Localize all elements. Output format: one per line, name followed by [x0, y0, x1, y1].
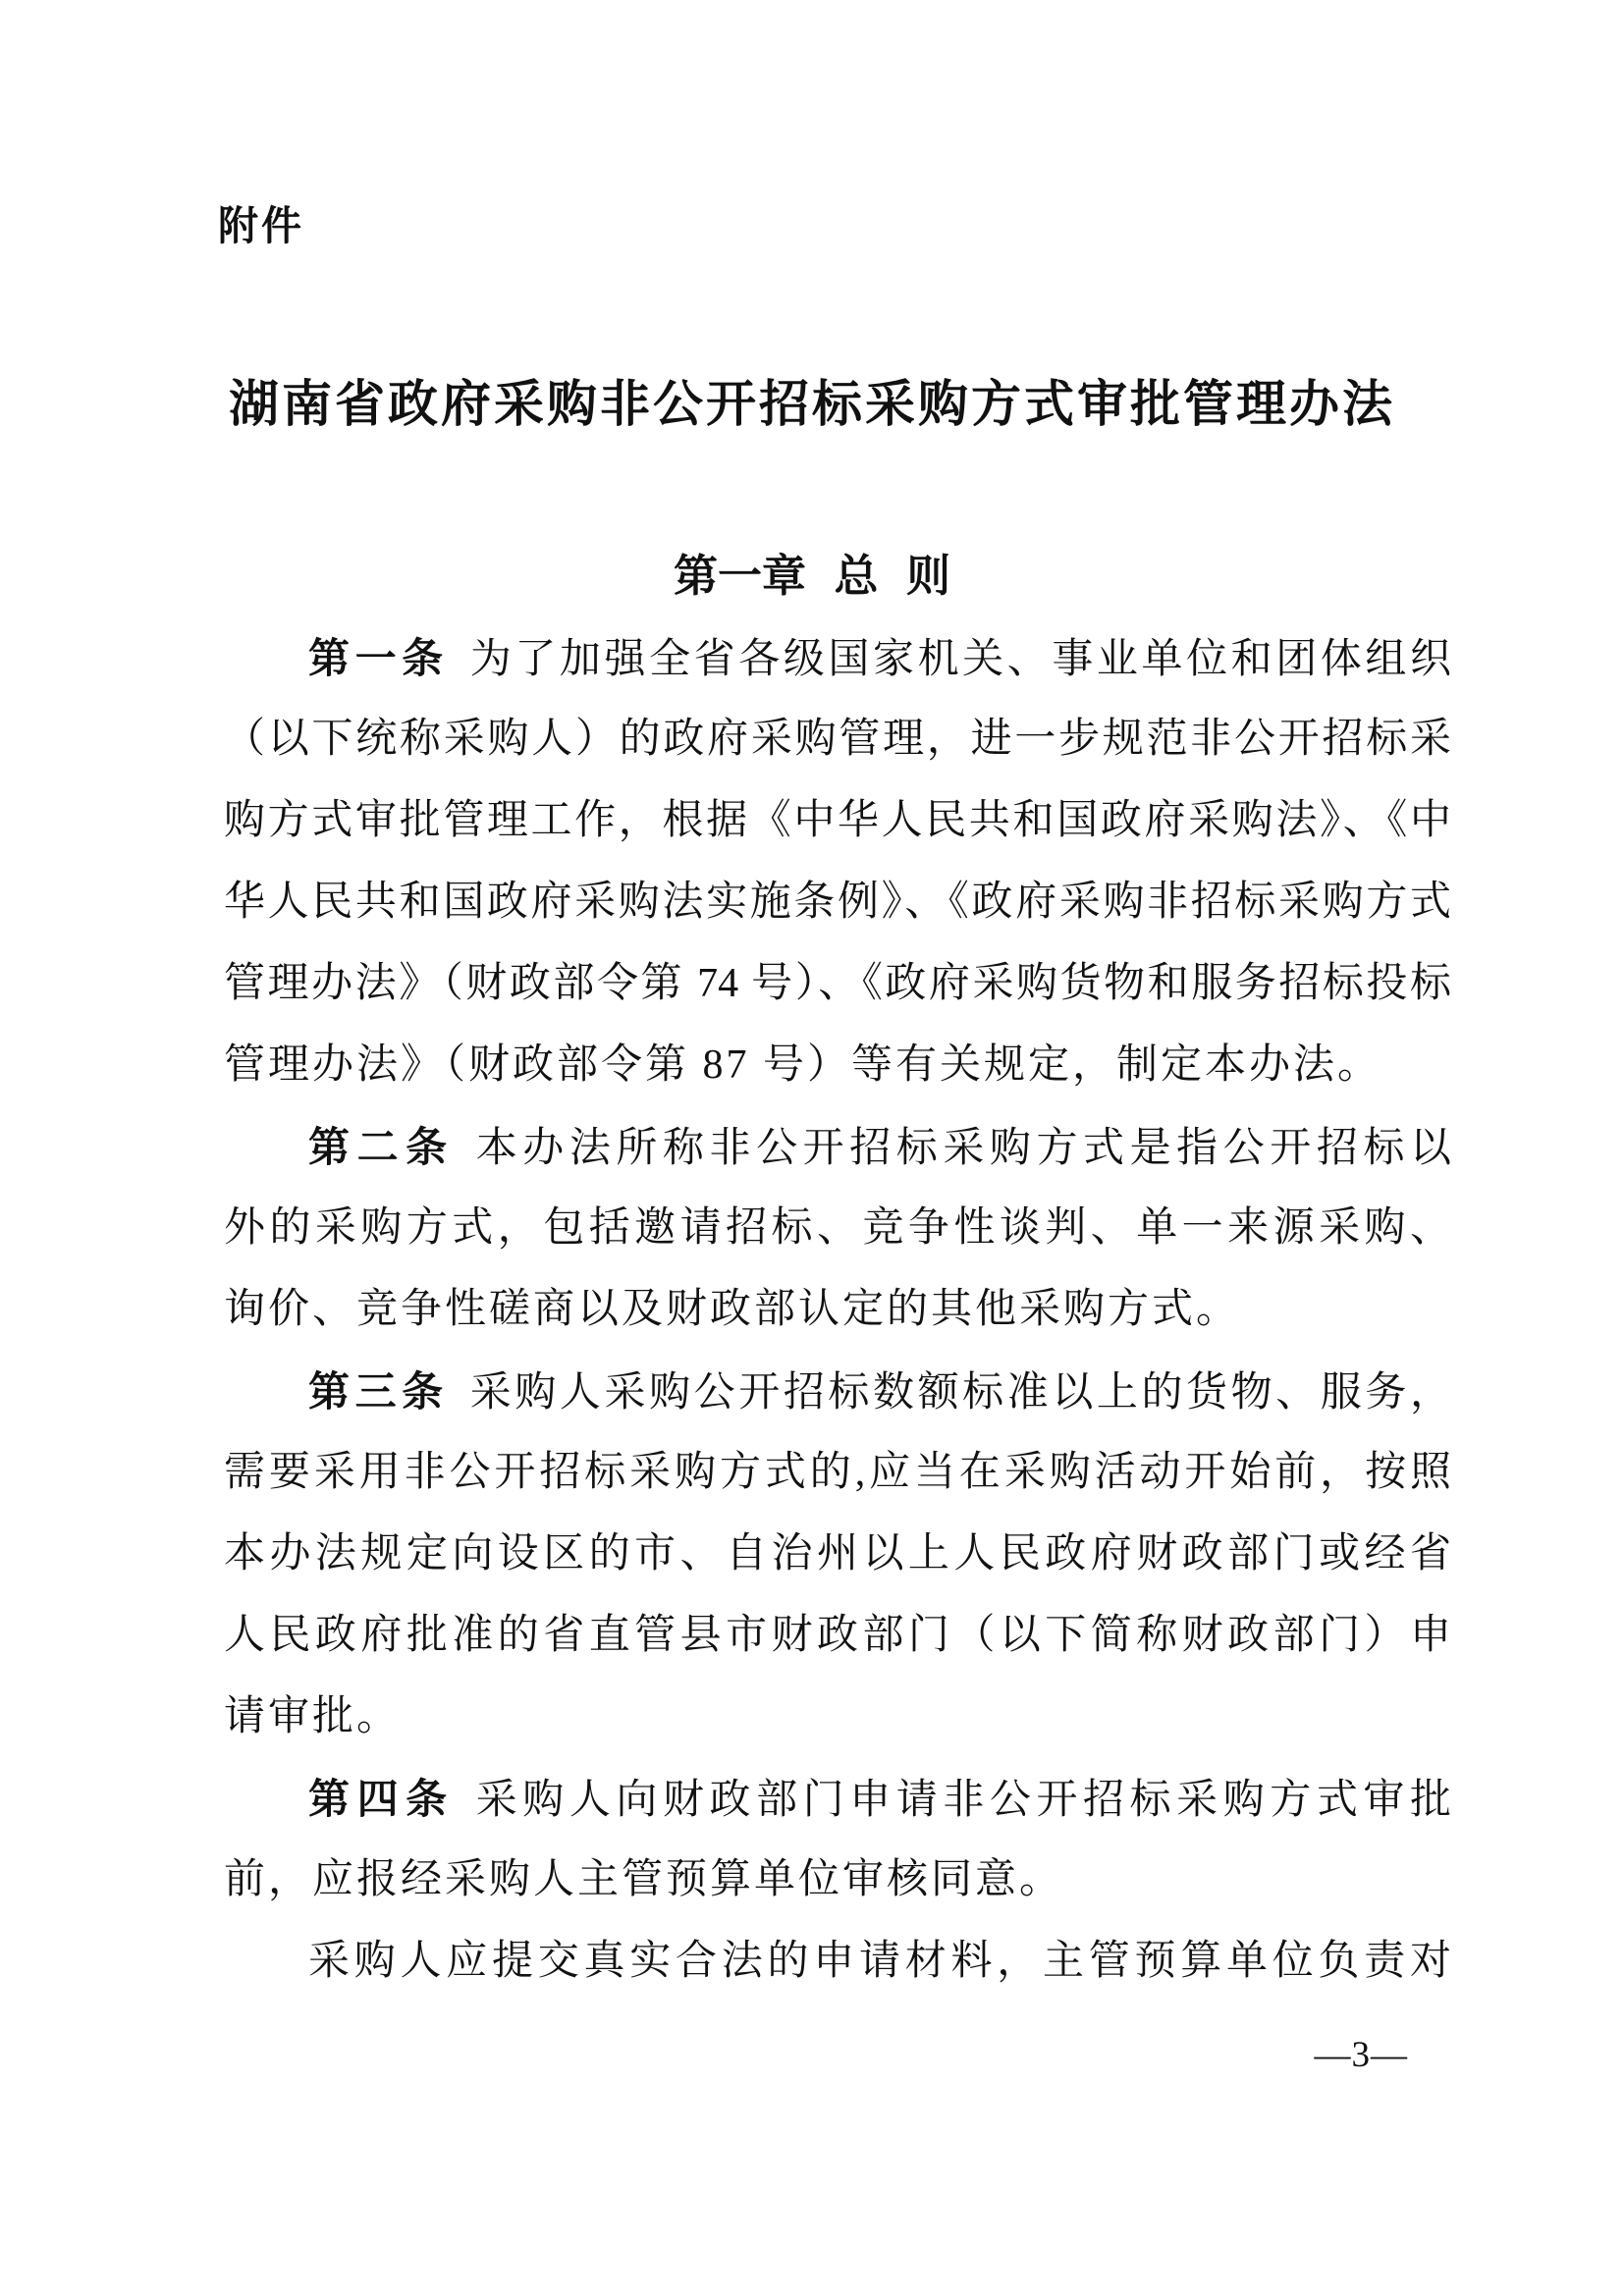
body-line: 采购人应提交真实合法的申请材料，主管预算单位负责对 — [224, 1921, 1451, 2002]
article-label: 第二条 — [308, 1124, 455, 1170]
body-line: 请审批。 — [224, 1677, 1451, 1758]
body-line: 人民政府批准的省直管县市财政部门（以下简称财政部门）申 — [224, 1595, 1451, 1677]
body-line: 第三条采购人采购公开招标数额标准以上的货物、服务， — [224, 1351, 1451, 1432]
body-line: 需要采用非公开招标采购方式的,应当在采购活动开始前，按照 — [224, 1432, 1451, 1514]
body-line: 第二条本办法所称非公开招标采购方式是指公开招标以 — [224, 1106, 1451, 1188]
page-number: —3— — [1315, 2034, 1409, 2077]
article-label: 第四条 — [308, 1776, 455, 1822]
body-line: 外的采购方式，包括邀请招标、竞争性谈判、单一来源采购、 — [224, 1188, 1451, 1269]
body-line: 第四条采购人向财政部门申请非公开招标采购方式审批 — [224, 1758, 1451, 1840]
body-line: 购方式审批管理工作，根据《中华人民共和国政府采购法》、《中 — [224, 780, 1451, 862]
body-line: 管理办法》（财政部令第 74 号）、《政府采购货物和服务招标投标 — [224, 943, 1451, 1025]
article-label: 第三条 — [308, 1368, 449, 1415]
body-line: 前，应报经采购人主管预算单位审核同意。 — [224, 1840, 1451, 1921]
body-line: （以下统称采购人）的政府采购管理，进一步规范非公开招标采 — [224, 699, 1451, 780]
attachment-label: 附件 — [218, 201, 304, 250]
body-line: 本办法规定向设区的市、自治州以上人民政府财政部门或经省 — [224, 1514, 1451, 1595]
document-page: 附件 湖南省政府采购非公开招标采购方式审批管理办法 第一章 总 则 第一条为了加… — [0, 0, 1624, 2296]
document-body: 第一条为了加强全省各级国家机关、事业单位和团体组织（以下统称采购人）的政府采购管… — [224, 617, 1451, 2002]
body-line: 华人民共和国政府采购法实施条例》、《政府采购非招标采购方式 — [224, 862, 1451, 943]
body-line: 第一条为了加强全省各级国家机关、事业单位和团体组织 — [224, 617, 1451, 699]
chapter-heading: 第一章 总 则 — [0, 550, 1624, 603]
document-title: 湖南省政府采购非公开招标采购方式审批管理办法 — [0, 375, 1624, 434]
body-line: 管理办法》（财政部令第 87 号）等有关规定，制定本办法。 — [224, 1025, 1451, 1106]
article-label: 第一条 — [308, 635, 449, 681]
body-line: 询价、竞争性磋商以及财政部认定的其他采购方式。 — [224, 1269, 1451, 1351]
